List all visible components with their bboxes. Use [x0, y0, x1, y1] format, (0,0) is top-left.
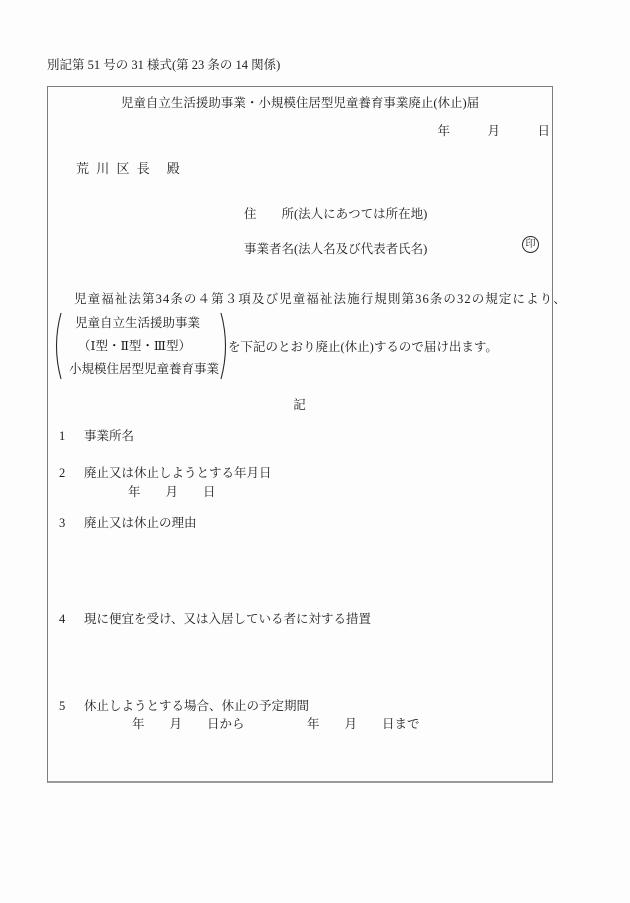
- item-row-1: 1事業所名: [59, 426, 134, 444]
- item-row-5: 5休止しようとする場合、休止の予定期間: [59, 696, 309, 714]
- item-number: 5: [59, 699, 84, 714]
- item-number: 3: [59, 516, 84, 531]
- address-label: 住 所(法人にあつては所在地): [244, 204, 427, 222]
- item-number: 4: [59, 612, 84, 627]
- item-row-2: 2廃止又は休止しようとする年月日: [59, 463, 272, 481]
- item-number: 1: [59, 429, 84, 444]
- item-number: 2: [59, 466, 84, 481]
- business-type-bracket-group: 児童自立生活援助事業 （Ⅰ型・Ⅱ型・Ⅲ型） 小規模住居型児童養育事業: [50, 311, 232, 381]
- item-label: 現に便宜を受け、又は入居している者に対する措置: [84, 612, 371, 626]
- business-type-line: 小規模住居型児童養育事業: [63, 358, 219, 381]
- seal-character: 印: [526, 239, 536, 250]
- business-type-line: 児童自立生活援助事業: [63, 312, 219, 335]
- addressee: 荒 川 区 長 殿: [76, 158, 182, 177]
- item-row-3: 3廃止又は休止の理由: [59, 513, 197, 531]
- business-type-lines: 児童自立生活援助事業 （Ⅰ型・Ⅱ型・Ⅲ型） 小規模住居型児童養育事業: [63, 312, 219, 381]
- form-number: 別記第 51 号の 31 様式(第 23 条の 14 関係): [47, 55, 280, 73]
- form-title: 児童自立生活援助事業・小規模住居型児童養育事業廃止(休止)届: [48, 93, 552, 111]
- item-label: 廃止又は休止しようとする年月日: [84, 466, 272, 480]
- form-page: 別記第 51 号の 31 様式(第 23 条の 14 関係) 児童自立生活援助事…: [0, 0, 630, 903]
- item-row-4: 4現に便宜を受け、又は入居している者に対する措置: [59, 609, 371, 627]
- continuation-text: を下記のとおり廃止(休止)するので届け出ます。: [228, 337, 498, 355]
- legal-text: 児童福祉法第34条の４第３項及び児童福祉法施行規則第36条の32の規定により、: [74, 289, 567, 307]
- business-name-label: 事業者名(法人名及び代表者氏名): [244, 239, 427, 257]
- form-box: 児童自立生活援助事業・小規模住居型児童養育事業廃止(休止)届 年 月 日 荒 川…: [47, 86, 553, 783]
- item-2-date-placeholder: 年 月 日: [128, 482, 216, 500]
- ki-heading: 記: [48, 395, 552, 413]
- item-label: 廃止又は休止の理由: [84, 516, 197, 530]
- bracket-left-icon: [50, 311, 63, 381]
- item-label: 休止しようとする場合、休止の予定期間: [84, 699, 309, 713]
- business-type-line: （Ⅰ型・Ⅱ型・Ⅲ型）: [63, 335, 219, 358]
- item-label: 事業所名: [84, 429, 134, 443]
- seal-icon: 印: [522, 236, 539, 253]
- item-5-period-placeholder: 年 月 日から 年 月 日まで: [132, 714, 420, 732]
- date-line: 年 月 日: [437, 121, 550, 139]
